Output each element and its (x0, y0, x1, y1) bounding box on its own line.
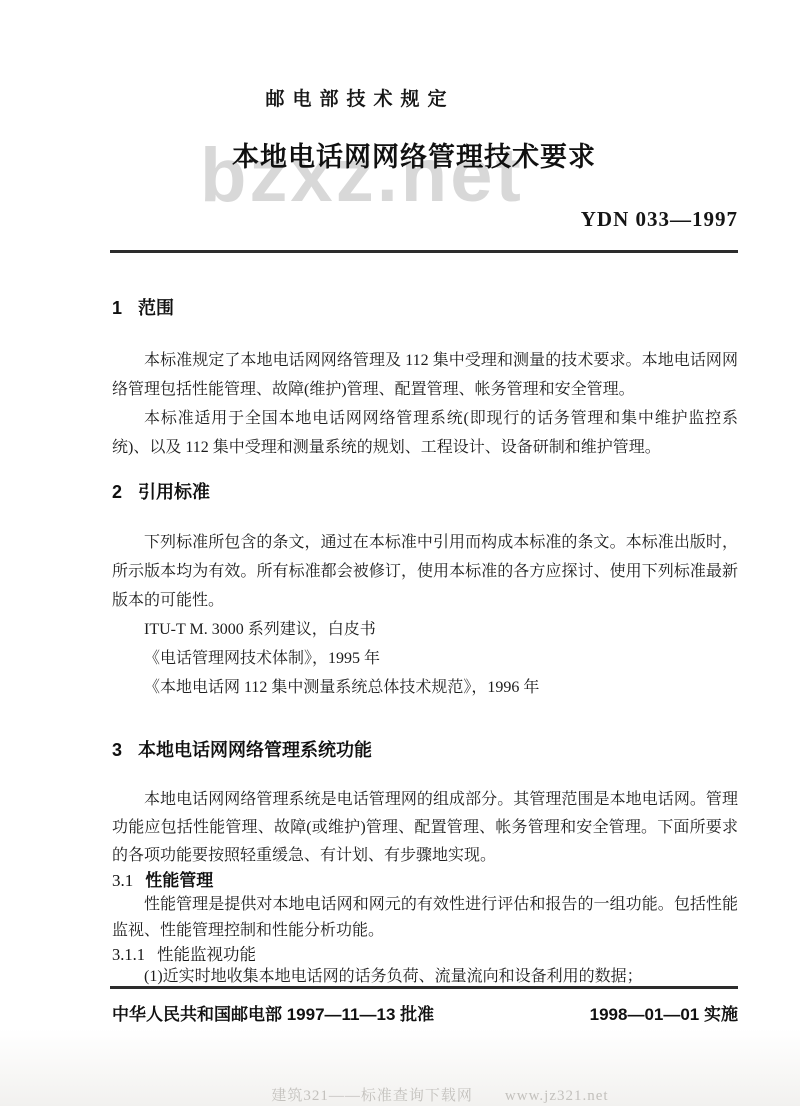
document-page: bzxz.net 建筑321——标准查询下载网 www.jz321.net 邮电… (0, 0, 800, 1106)
footer-approval-text: 中华人民共和国邮电部 1997—11—13 批准 (112, 1000, 434, 1025)
section-3-1-title: 性能管理 (145, 871, 213, 890)
document-title: 本地电话网网络管理技术要求 (0, 135, 800, 174)
reference-itu-t: ITU-T M. 3000 系列建议，白皮书 (112, 615, 738, 644)
section-1-paragraph-1: 本标准规定了本地电话网网络管理及 112 集中受理和测量的技术要求。本地电话网网… (112, 346, 738, 404)
section-2-heading: 2引用标准 (112, 480, 738, 504)
document-body: 1范围 本标准规定了本地电话网网络管理及 112 集中受理和测量的技术要求。本地… (112, 296, 738, 988)
section-3-1-paragraph: 性能管理是提供对本地电话网和网元的有效性进行评估和报告的一组功能。包括性能监视、… (112, 892, 738, 944)
section-3-1-1-title: 性能监视功能 (157, 945, 256, 964)
ministry-regulation-label: 邮电部技术规定 (0, 84, 720, 111)
page-content-layer: 邮电部技术规定 本地电话网网络管理技术要求 YDN 033—1997 1范围 本… (0, 0, 800, 1106)
section-3-1-number: 3.1 (112, 871, 133, 890)
section-3-paragraphs: 本地电话网网络管理系统是电话管理网的组成部分。其管理范围是本地电话网。管理功能应… (112, 786, 738, 870)
section-3-number: 3 (112, 740, 122, 760)
section-1-paragraph-2: 本标准适用于全国本地电话网网络管理系统(即现行的话务管理和集中维护监控系统)、以… (112, 404, 738, 462)
section-3-1-1-item-1: (1)近实时地收集本地电话网的话务负荷、流量流向和设备利用的数据； (112, 966, 738, 988)
section-2-number: 2 (112, 482, 122, 502)
section-1-number: 1 (112, 298, 122, 318)
section-3-paragraph-1: 本地电话网网络管理系统是电话管理网的组成部分。其管理范围是本地电话网。管理功能应… (112, 786, 738, 870)
footer-implementation-text: 1998—01—01 实施 (590, 1000, 738, 1025)
section-2-paragraphs: 下列标准所包含的条文，通过在本标准中引用而构成本标准的条文。本标准出版时，所示版… (112, 528, 738, 702)
standard-number: YDN 033—1997 (581, 207, 738, 232)
section-3-1-heading: 3.1性能管理 (112, 870, 738, 892)
section-3-1-1-heading: 3.1.1性能监视功能 (112, 944, 738, 966)
section-1-heading: 1范围 (112, 296, 738, 320)
section-3-title: 本地电话网网络管理系统功能 (138, 740, 372, 760)
section-3-1-1-number: 3.1.1 (112, 945, 145, 964)
footer-rule (110, 986, 738, 989)
header-rule (110, 250, 738, 253)
section-1-paragraphs: 本标准规定了本地电话网网络管理及 112 集中受理和测量的技术要求。本地电话网网… (112, 346, 738, 462)
section-1-title: 范围 (138, 298, 174, 318)
section-2-paragraph-1: 下列标准所包含的条文，通过在本标准中引用而构成本标准的条文。本标准出版时，所示版… (112, 528, 738, 615)
section-2-title: 引用标准 (138, 482, 210, 502)
section-3-heading: 3本地电话网网络管理系统功能 (112, 738, 738, 762)
reference-112-measurement-spec: 《本地电话网 112 集中测量系统总体技术规范》，1996 年 (112, 673, 738, 702)
reference-telephone-mgmt-network: 《电话管理网技术体制》，1995 年 (112, 644, 738, 673)
